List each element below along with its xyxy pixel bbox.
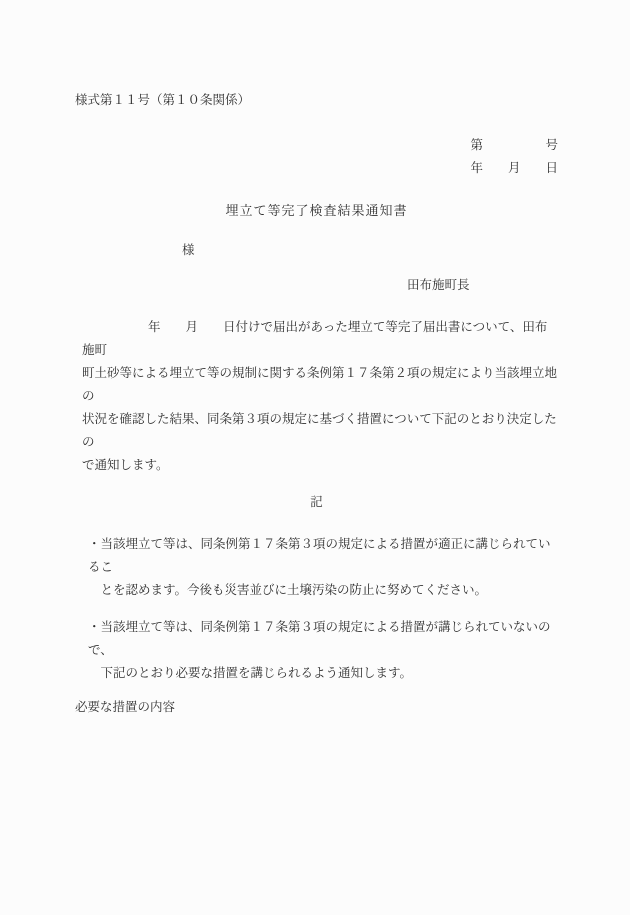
measures-heading: 必要な措置の内容 [75,696,558,719]
document-title: 埋立て等完了検査結果通知書 [75,199,558,222]
bullet-marker: ・ [88,620,101,634]
bullet-item-not-approved: ・当該埋立て等は、同条例第１７条第３項の規定による措置が講じられていないので、 … [88,616,558,685]
body-paragraph-line: で通知します。 [82,454,558,477]
document-page: 様式第１１号（第１０条関係） 第 号 年 月 日 埋立て等完了検査結果通知書 様… [0,0,630,915]
body-paragraph-line: 年 月 日付けで届出があった埋立て等完了届出書について、田布施町 [82,316,558,362]
bullet-line: 下記のとおり必要な措置を講じられるよう通知します。 [101,662,559,685]
bullet-text: 当該埋立て等は、同条例第１７条第３項の規定による措置が適正に講じられているこ [88,537,551,574]
body-paragraph: 年 月 日付けで届出があった埋立て等完了届出書について、田布施町 町土砂等による… [82,316,558,477]
bullet-text: 当該埋立て等は、同条例第１７条第３項の規定による措置が講じられていないので、 [88,620,551,657]
bullet-line: ・当該埋立て等は、同条例第１７条第３項の規定による措置が適正に講じられているこ [88,533,558,579]
form-number: 様式第１１号（第１０条関係） [75,89,558,112]
bullet-marker: ・ [88,537,101,551]
record-heading: 記 [75,491,558,514]
body-paragraph-line: 状況を確認した結果、同条第３項の規定に基づく措置について下記のとおり決定したの [82,408,558,454]
bullet-line: ・当該埋立て等は、同条例第１７条第３項の規定による措置が講じられていないので、 [88,616,558,662]
body-paragraph-line: 町土砂等による埋立て等の規制に関する条例第１７条第２項の規定により当該埋立地の [82,362,558,408]
bullet-list: ・当該埋立て等は、同条例第１７条第３項の規定による措置が適正に講じられているこ … [88,533,558,685]
document-date-line: 年 月 日 [75,157,558,180]
document-header-block: 第 号 年 月 日 [75,134,558,180]
document-number-line: 第 号 [75,134,558,157]
bullet-item-approved: ・当該埋立て等は、同条例第１７条第３項の規定による措置が適正に講じられているこ … [88,533,558,602]
addressee-honorific: 様 [182,239,558,262]
bullet-line: とを認めます。今後も災害並びに土壌汚染の防止に努めてください。 [101,579,559,602]
sender-title: 田布施町長 [407,274,558,297]
